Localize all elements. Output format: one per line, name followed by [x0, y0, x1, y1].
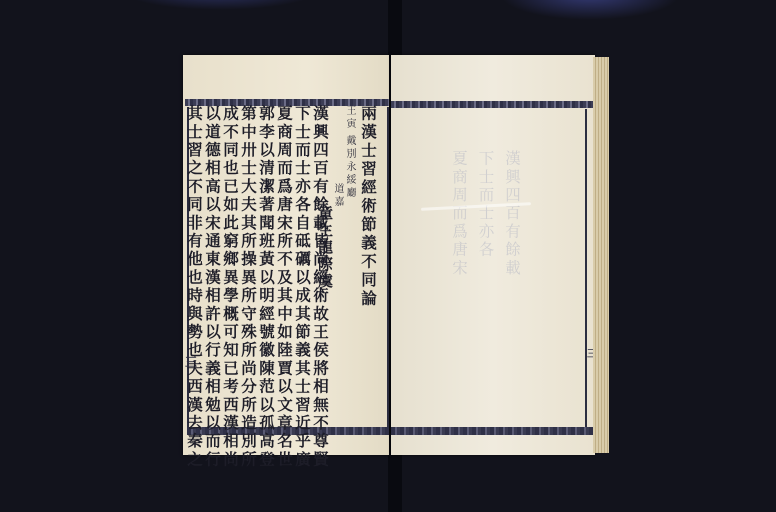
text-block: 兩漢士習經術節義不同論 王寅 戴別永綏廳 道嘉 童生龍際虞 漢興四百有餘載皆尚經…: [213, 105, 377, 435]
text-column: 成不同也已如此窮鄉異學概可知已考西漢相尚: [221, 105, 239, 435]
author-line: 王寅 戴別永綏廳 道嘉 童生龍際虞: [331, 105, 355, 435]
text-column: 第中卅士大夫其所操異所守殊所尚分所造別所: [239, 105, 257, 435]
essay-title: 兩漢士習經術節義不同論: [359, 105, 377, 435]
background-glow-left: [120, 0, 320, 10]
bleed-through-text: 漢興四百有餘載 下士而士亦各 夏商周而爲唐宋: [411, 150, 521, 410]
author-place: 戴別永綏廳: [344, 135, 355, 200]
open-book: 三 兩漢士習經術節義不同論 王寅 戴別永綏廳 道嘉 童生龍際虞 漢興四百有餘載皆…: [183, 55, 610, 457]
page-edges: [593, 57, 609, 453]
left-page: 三 兩漢士習經術節義不同論 王寅 戴別永綏廳 道嘉 童生龍際虞 漢興四百有餘載皆…: [183, 55, 389, 455]
text-column: 下士而士亦各自砥礪以成其節義其士習近乎廣: [293, 105, 311, 435]
text-column: 以道德相高以宋通東漢相許以行義相勉以而行: [203, 105, 221, 435]
text-column: 夏商周而爲唐宋所不及其中如陸賈以文章名世: [275, 105, 293, 435]
author-name: 童生龍際虞: [315, 205, 336, 290]
text-column: 郭李以清潔著聞班黃以明經號徽陳范以孤高登: [257, 105, 275, 435]
text-column: 其士習之不同非有他也時與勢也夫西漢去秦之: [185, 105, 203, 435]
author-era: 王寅: [344, 105, 355, 131]
frame-center-border: [387, 107, 389, 429]
frame-bottom-border: [391, 427, 595, 435]
author-district: 道嘉: [332, 183, 343, 209]
right-page: 漢興四百有餘載 下士而士亦各 夏商周而爲唐宋 三: [391, 55, 595, 455]
frame-right-border: [585, 109, 587, 427]
frame-top-border: [391, 101, 595, 108]
background-glow-right: [500, 0, 680, 20]
